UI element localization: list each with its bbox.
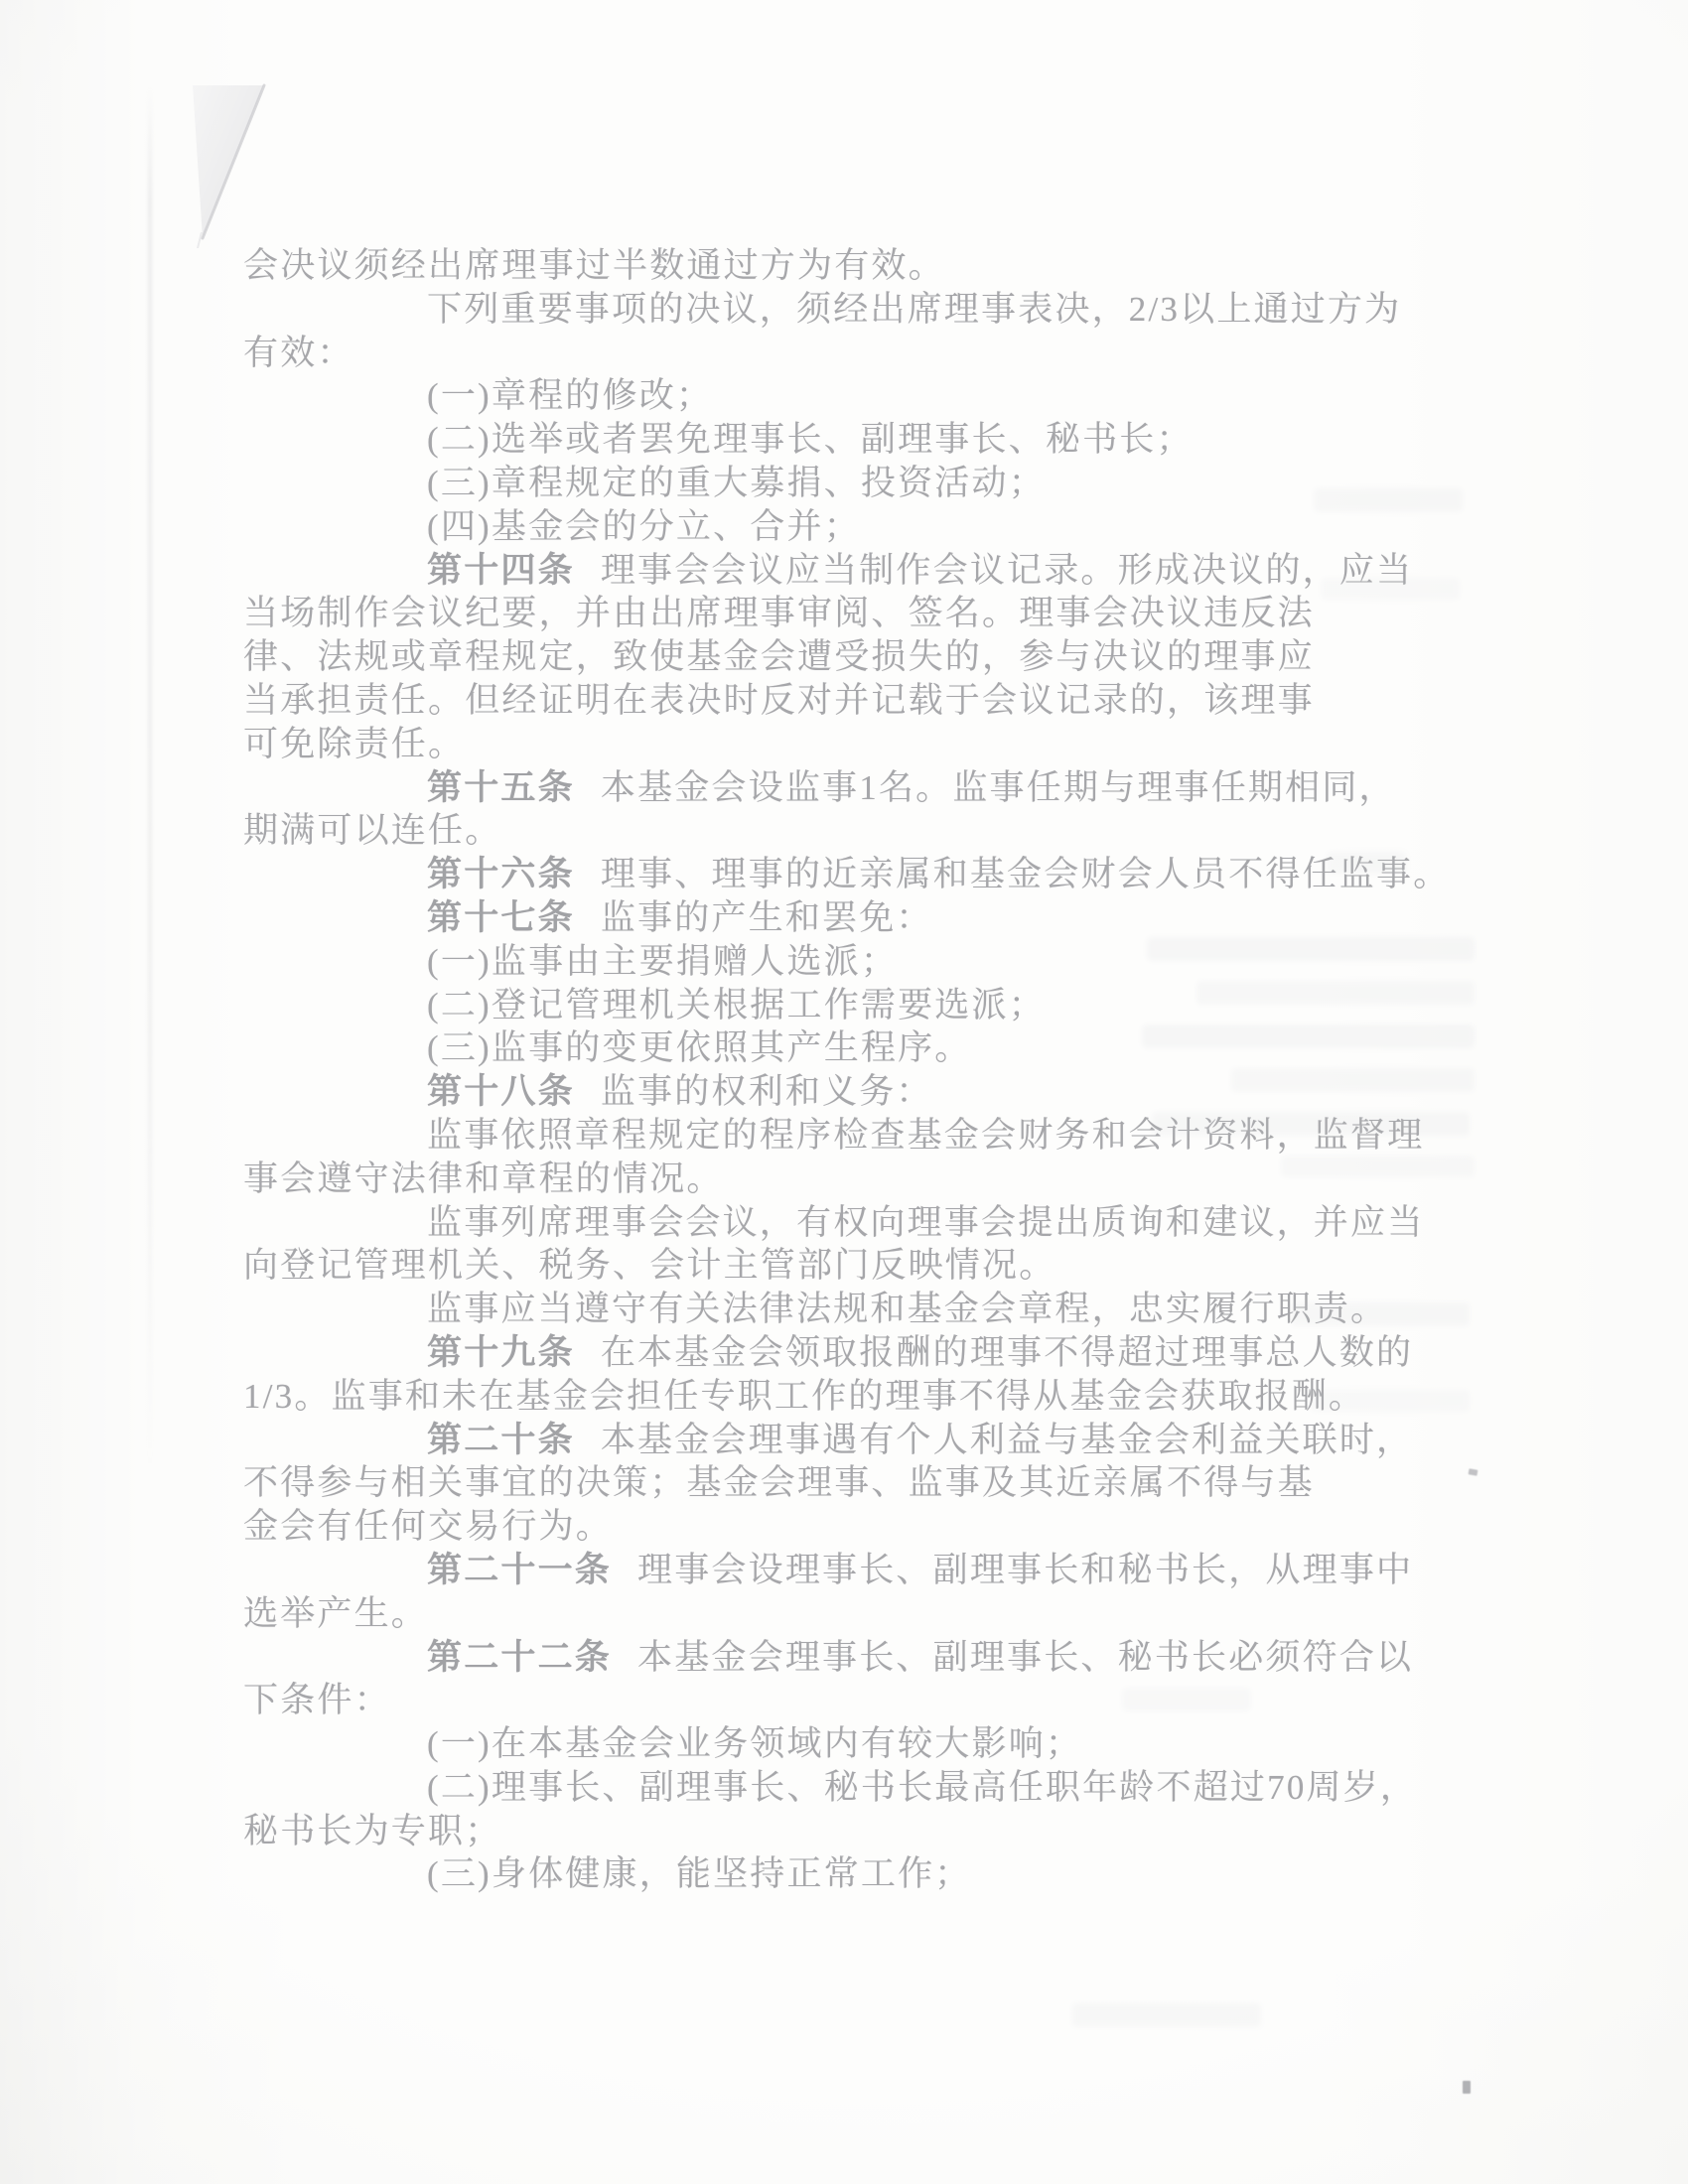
document-line: (三)身体健康，能坚持正常工作； <box>243 1852 1326 1896</box>
document-line: 第十七条监事的产生和罢免： <box>243 896 1326 940</box>
line-text: 理事会会议应当制作会议记录。形成决议的，应当 <box>601 551 1413 590</box>
document-line: 选举产生。 <box>243 1592 1326 1636</box>
line-text: 理事、理事的近亲属和基金会财会人员不得任监事。 <box>601 855 1451 893</box>
line-text: (三)监事的变更依照其产生程序。 <box>427 1028 972 1067</box>
line-text: 理事会设理事长、副理事长和秘书长，从理事中 <box>637 1551 1413 1589</box>
line-text: 本基金会设监事1名。监事任期与理事任期相同， <box>601 768 1396 807</box>
line-text: (一)章程的修改； <box>427 376 713 415</box>
document-line: 金会有任何交易行为。 <box>243 1505 1326 1549</box>
document-text: 会决议须经出席理事过半数通过方为有效。 下列重要事项的决议，须经出席理事表决，2… <box>243 244 1326 1896</box>
line-text: 有效： <box>243 334 354 372</box>
document-line: 当承担责任。但经证明在表决时反对并记载于会议记录的，该理事 <box>243 679 1326 723</box>
document-line: (二)登记管理机关根据工作需要选派； <box>243 984 1326 1027</box>
line-text: 监事的产生和罢免： <box>601 898 933 937</box>
document-line: 监事应当遵守有关法律法规和基金会章程，忠实履行职责。 <box>243 1288 1326 1331</box>
document-line: 第十八条监事的权利和义务： <box>243 1070 1326 1114</box>
document-line: (二)选举或者罢免理事长、副理事长、秘书长； <box>243 418 1326 462</box>
line-text: 当场制作会议纪要，并由出席理事审阅、签名。理事会决议违反法 <box>243 594 1315 632</box>
article-number-heading: 第十八条 <box>427 1072 575 1111</box>
document-line: (一)在本基金会业务领域内有较大影响； <box>243 1722 1326 1766</box>
line-text: 金会有任何交易行为。 <box>243 1507 613 1546</box>
line-text: (一)在本基金会业务领域内有较大影响； <box>427 1724 1082 1763</box>
line-text: 向登记管理机关、税务、会计主管部门反映情况。 <box>243 1246 1055 1285</box>
line-text: (三)章程规定的重大募捐、投资活动； <box>427 464 1046 502</box>
article-number-heading: 第十九条 <box>427 1333 575 1372</box>
line-text: 下列重要事项的决议，须经出席理事表决，2/3以上通过方为 <box>427 290 1401 329</box>
line-text: 会决议须经出席理事过半数通过方为有效。 <box>243 246 945 285</box>
article-number-heading: 第十七条 <box>427 898 575 937</box>
document-line: (一)章程的修改； <box>243 374 1326 418</box>
line-text: (四)基金会的分立、合并； <box>427 507 861 546</box>
document-line: 第十九条在本基金会领取报酬的理事不得超过理事总人数的 <box>243 1331 1326 1375</box>
document-line: 第二十条本基金会理事遇有个人利益与基金会利益关联时， <box>243 1419 1326 1462</box>
document-line: 可免除责任。 <box>243 723 1326 766</box>
line-text: 监事列席理事会会议，有权向理事会提出质询和建议，并应当 <box>427 1203 1424 1242</box>
page-edge-shadow <box>148 87 152 1467</box>
line-text: 秘书长为专职； <box>243 1812 501 1850</box>
document-line: (一)监事由主要捐赠人选派； <box>243 940 1326 984</box>
line-text: (二)理事长、副理事长、秘书长最高任职年龄不超过70周岁， <box>427 1768 1417 1807</box>
document-line: 当场制作会议纪要，并由出席理事审阅、签名。理事会决议违反法 <box>243 592 1326 635</box>
line-text: 选举产生。 <box>243 1594 428 1633</box>
line-text: 监事依照章程规定的程序检查基金会财务和会计资料，监督理 <box>427 1116 1424 1155</box>
line-text: (二)登记管理机关根据工作需要选派； <box>427 986 1046 1024</box>
document-line: 第二十一条理事会设理事长、副理事长和秘书长，从理事中 <box>243 1549 1326 1592</box>
document-page: 会决议须经出席理事过半数通过方为有效。 下列重要事项的决议，须经出席理事表决，2… <box>0 0 1688 2184</box>
line-text: (一)监事由主要捐赠人选派； <box>427 942 898 981</box>
document-line: 下列重要事项的决议，须经出席理事表决，2/3以上通过方为 <box>243 288 1326 332</box>
line-text: 当承担责任。但经证明在表决时反对并记载于会议记录的，该理事 <box>243 681 1315 720</box>
ink-speck <box>1463 2081 1471 2094</box>
document-line: 秘书长为专职； <box>243 1810 1326 1853</box>
document-line: (三)监事的变更依照其产生程序。 <box>243 1026 1326 1070</box>
document-line: 第十四条理事会会议应当制作会议记录。形成决议的，应当 <box>243 549 1326 593</box>
article-number-heading: 第十五条 <box>427 768 575 807</box>
line-text: 不得参与相关事宜的决策；基金会理事、监事及其近亲属不得与基 <box>243 1463 1315 1502</box>
bleedthrough-mark <box>1314 488 1463 512</box>
bleedthrough-mark <box>1072 2003 1261 2027</box>
document-line: (四)基金会的分立、合并； <box>243 505 1326 549</box>
line-text: 事会遵守法律和章程的情况。 <box>243 1160 724 1198</box>
line-text: (三)身体健康，能坚持正常工作； <box>427 1854 972 1893</box>
document-line: 监事依照章程规定的程序检查基金会财务和会计资料，监督理 <box>243 1114 1326 1158</box>
line-text: 律、法规或章程规定，致使基金会遭受损失的，参与决议的理事应 <box>243 637 1315 676</box>
document-line: 监事列席理事会会议，有权向理事会提出质询和建议，并应当 <box>243 1201 1326 1245</box>
article-number-heading: 第十四条 <box>427 551 575 590</box>
page-corner-fold <box>187 81 278 248</box>
line-text: 可免除责任。 <box>243 725 465 763</box>
document-line: (二)理事长、副理事长、秘书长最高任职年龄不超过70周岁， <box>243 1766 1326 1810</box>
line-text: 期满可以连任。 <box>243 811 501 850</box>
article-number-heading: 第十六条 <box>427 855 575 893</box>
line-text: (二)选举或者罢免理事长、副理事长、秘书长； <box>427 420 1194 459</box>
article-number-heading: 第二十二条 <box>427 1638 612 1677</box>
line-text: 监事的权利和义务： <box>601 1072 933 1111</box>
document-line: 第十六条理事、理事的近亲属和基金会财会人员不得任监事。 <box>243 853 1326 896</box>
article-number-heading: 第二十条 <box>427 1421 575 1459</box>
document-line: 1/3。监事和未在基金会担任专职工作的理事不得从基金会获取报酬。 <box>243 1375 1326 1419</box>
document-line: 向登记管理机关、税务、会计主管部门反映情况。 <box>243 1244 1326 1288</box>
line-text: 监事应当遵守有关法律法规和基金会章程，忠实履行职责。 <box>427 1290 1387 1328</box>
document-line: 第十五条本基金会设监事1名。监事任期与理事任期相同， <box>243 766 1326 810</box>
document-line: 有效： <box>243 332 1326 375</box>
document-line: 第二十二条本基金会理事长、副理事长、秘书长必须符合以 <box>243 1636 1326 1680</box>
line-text: 在本基金会领取报酬的理事不得超过理事总人数的 <box>601 1333 1413 1372</box>
document-line: 律、法规或章程规定，致使基金会遭受损失的，参与决议的理事应 <box>243 635 1326 679</box>
document-line: 不得参与相关事宜的决策；基金会理事、监事及其近亲属不得与基 <box>243 1461 1326 1505</box>
document-line: 会决议须经出席理事过半数通过方为有效。 <box>243 244 1326 288</box>
document-line: 期满可以连任。 <box>243 809 1326 853</box>
article-number-heading: 第二十一条 <box>427 1551 612 1589</box>
line-text: 下条件： <box>243 1681 391 1719</box>
line-text: 本基金会理事遇有个人利益与基金会利益关联时， <box>601 1421 1413 1459</box>
document-line: 事会遵守法律和章程的情况。 <box>243 1158 1326 1201</box>
line-text: 1/3。监事和未在基金会担任专职工作的理事不得从基金会获取报酬。 <box>243 1377 1365 1416</box>
line-text: 本基金会理事长、副理事长、秘书长必须符合以 <box>637 1638 1413 1677</box>
document-line: (三)章程规定的重大募捐、投资活动； <box>243 462 1326 505</box>
ink-speck <box>1469 1468 1478 1475</box>
document-line: 下条件： <box>243 1679 1326 1722</box>
